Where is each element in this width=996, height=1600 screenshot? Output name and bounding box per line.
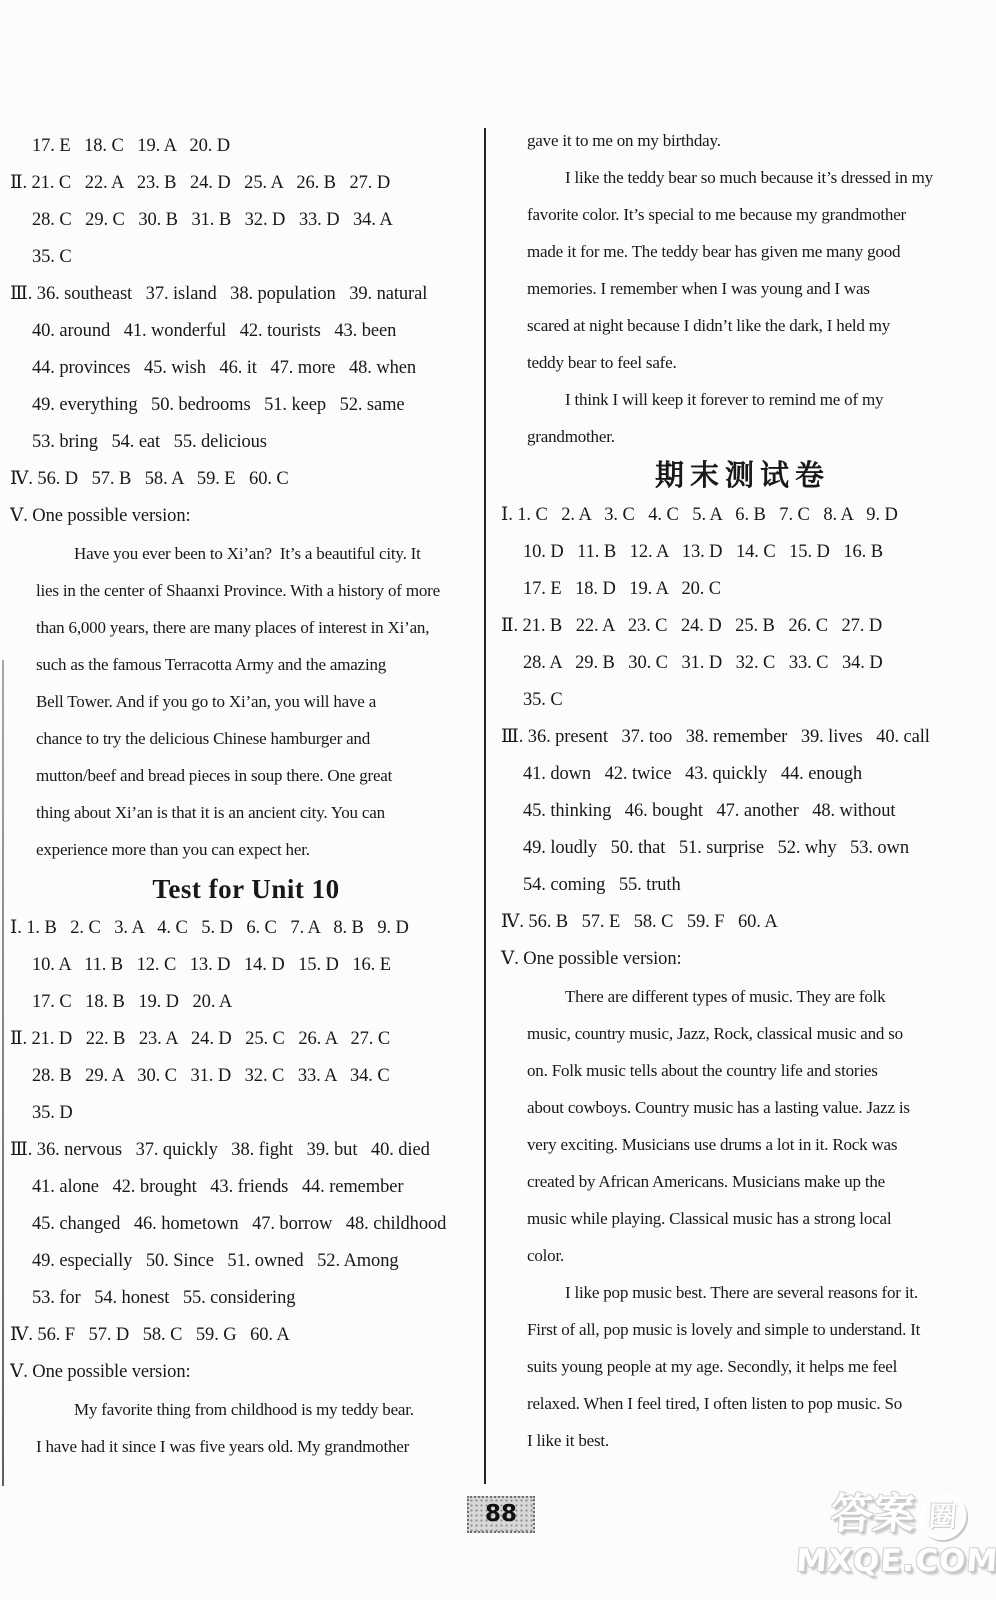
answer-line: 53. bring 54. eat 55. delicious (10, 424, 482, 461)
watermark-logo: 答案圈 (798, 1488, 996, 1540)
essay-line: I like the teddy bear so much because it… (501, 159, 984, 196)
answer-line: 17. E 18. C 19. A 20. D (10, 128, 482, 165)
answer-line: 35. D (10, 1095, 482, 1132)
answer-line: 35. C (501, 682, 984, 719)
answer-line: 40. around 41. wonderful 42. tourists 43… (10, 313, 482, 350)
answer-line: 45. thinking 46. bought 47. another 48. … (501, 793, 984, 830)
answer-line: Ⅱ. 21. C 22. A 23. B 24. D 25. A 26. B 2… (10, 165, 482, 202)
answer-line: 17. E 18. D 19. A 20. C (501, 571, 984, 608)
answer-line: Ⅳ. 56. D 57. B 58. A 59. E 60. C (10, 461, 482, 498)
answer-line: Ⅳ. 56. F 57. D 58. C 59. G 60. A (10, 1317, 482, 1354)
essay-line: There are different types of music. They… (501, 978, 984, 1015)
essay-line: such as the famous Terracotta Army and t… (10, 646, 482, 683)
essay-line: music, country music, Jazz, Rock, classi… (501, 1015, 984, 1052)
essay-line: chance to try the delicious Chinese hamb… (10, 720, 482, 757)
answer-line: Ⅴ. One possible version: (10, 1354, 482, 1391)
answer-line: 54. coming 55. truth (501, 867, 984, 904)
essay-line: First of all, pop music is lovely and si… (501, 1311, 984, 1348)
essay-line: relaxed. When I feel tired, I often list… (501, 1385, 984, 1422)
answer-line: Ⅳ. 56. B 57. E 58. C 59. F 60. A (501, 904, 984, 941)
essay-line: favorite color. It’s special to me becau… (501, 196, 984, 233)
watermark: 答案圈 MXQE.COM (795, 1488, 996, 1582)
scanned-answer-page: 17. E 18. C 19. A 20. D Ⅱ. 21. C 22. A 2… (0, 0, 996, 1600)
essay-line: very exciting. Musicians use drums a lot… (501, 1126, 984, 1163)
essay-line: Have you ever been to Xi’an? It’s a beau… (10, 535, 482, 572)
answer-line: Ⅰ. 1. B 2. C 3. A 4. C 5. D 6. C 7. A 8.… (10, 910, 482, 947)
answer-line: Ⅲ. 36. present 37. too 38. remember 39. … (501, 719, 984, 756)
essay-line: My favorite thing from childhood is my t… (10, 1391, 482, 1428)
essay-line: Bell Tower. And if you go to Xi’an, you … (10, 683, 482, 720)
answer-line: Ⅴ. One possible version: (10, 498, 482, 535)
essay-line: color. (501, 1237, 984, 1274)
essay-line: thing about Xi’an is that it is an ancie… (10, 794, 482, 831)
essay-line: made it for me. The teddy bear has given… (501, 233, 984, 270)
answer-line: 17. C 18. B 19. D 20. A (10, 984, 482, 1021)
essay-line: than 6,000 years, there are many places … (10, 609, 482, 646)
watermark-url: MXQE.COM (795, 1540, 996, 1582)
answer-line: Ⅲ. 36. southeast 37. island 38. populati… (10, 276, 482, 313)
answer-line: Ⅱ. 21. D 22. B 23. A 24. D 25. C 26. A 2… (10, 1021, 482, 1058)
answer-line: 44. provinces 45. wish 46. it 47. more 4… (10, 350, 482, 387)
final-test-heading: 期末测试卷 (501, 455, 984, 497)
answer-line: 41. down 42. twice 43. quickly 44. enoug… (501, 756, 984, 793)
essay-line: I have had it since I was five years old… (10, 1428, 482, 1465)
page-number-badge: 88 (467, 1496, 535, 1533)
essay-line: I think I will keep it forever to remind… (501, 381, 984, 418)
answer-line: 45. changed 46. hometown 47. borrow 48. … (10, 1206, 482, 1243)
answer-line: 41. alone 42. brought 43. friends 44. re… (10, 1169, 482, 1206)
essay-line: music while playing. Classical music has… (501, 1200, 984, 1237)
essay-line: scared at night because I didn’t like th… (501, 307, 984, 344)
answer-line: Ⅴ. One possible version: (501, 941, 984, 978)
answer-line: 28. A 29. B 30. C 31. D 32. C 33. C 34. … (501, 645, 984, 682)
right-column: gave it to me on my birthday. I like the… (501, 122, 984, 1459)
essay-line: gave it to me on my birthday. (501, 122, 984, 159)
answer-line: 49. especially 50. Since 51. owned 52. A… (10, 1243, 482, 1280)
column-divider-rule (484, 128, 486, 1484)
essay-line: about cowboys. Country music has a lasti… (501, 1089, 984, 1126)
watermark-brand-text: 答案 (829, 1489, 916, 1538)
answer-line: Ⅱ. 21. B 22. A 23. C 24. D 25. B 26. C 2… (501, 608, 984, 645)
essay-line: I like it best. (501, 1422, 984, 1459)
answer-line: 49. loudly 50. that 51. surprise 52. why… (501, 830, 984, 867)
answer-line: 53. for 54. honest 55. considering (10, 1280, 482, 1317)
left-column: 17. E 18. C 19. A 20. D Ⅱ. 21. C 22. A 2… (10, 128, 482, 1465)
essay-line: memories. I remember when I was young an… (501, 270, 984, 307)
answer-line: 10. A 11. B 12. C 13. D 14. D 15. D 16. … (10, 947, 482, 984)
essay-line: mutton/beef and bread pieces in soup the… (10, 757, 482, 794)
essay-line: on. Folk music tells about the country l… (501, 1052, 984, 1089)
test-for-unit-10-heading: Test for Unit 10 (10, 868, 482, 910)
answer-line: 28. C 29. C 30. B 31. B 32. D 33. D 34. … (10, 202, 482, 239)
essay-line: grandmother. (501, 418, 984, 455)
essay-line: created by African Americans. Musicians … (501, 1163, 984, 1200)
essay-line: experience more than you can expect her. (10, 831, 482, 868)
answer-line: 35. C (10, 239, 482, 276)
essay-line: teddy bear to feel safe. (501, 344, 984, 381)
essay-line: I like pop music best. There are several… (501, 1274, 984, 1311)
answer-line: 10. D 11. B 12. A 13. D 14. C 15. D 16. … (501, 534, 984, 571)
page-gutter-line (2, 660, 4, 1486)
answer-line: 49. everything 50. bedrooms 51. keep 52.… (10, 387, 482, 424)
essay-line: suits young people at my age. Secondly, … (501, 1348, 984, 1385)
answer-line: 28. B 29. A 30. C 31. D 32. C 33. A 34. … (10, 1058, 482, 1095)
answer-line: Ⅰ. 1. C 2. A 3. C 4. C 5. A 6. B 7. C 8.… (501, 497, 984, 534)
answer-line: Ⅲ. 36. nervous 37. quickly 38. fight 39.… (10, 1132, 482, 1169)
watermark-circled-char: 圈 (918, 1494, 967, 1540)
essay-line: lies in the center of Shaanxi Province. … (10, 572, 482, 609)
